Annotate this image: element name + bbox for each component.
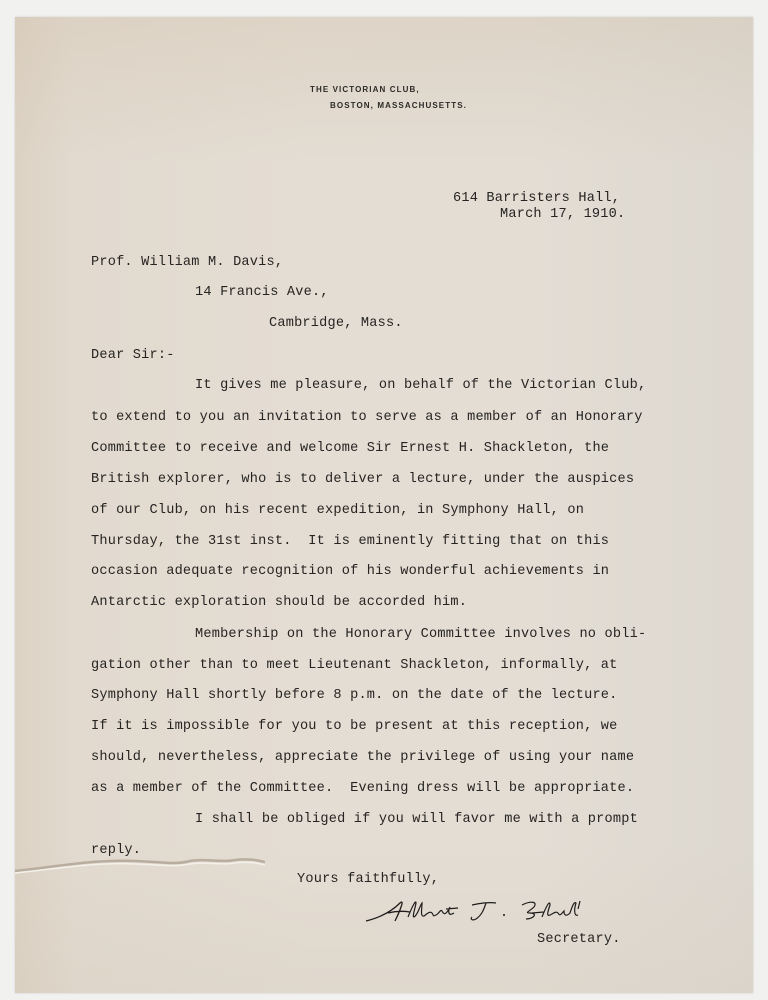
letterhead-city: BOSTON, MASSACHUSETTS. bbox=[330, 101, 467, 110]
letterhead-club-name: THE VICTORIAN CLUB, bbox=[310, 85, 420, 94]
closing: Yours faithfully, bbox=[297, 872, 439, 887]
body-line: Antarctic exploration should be accorded… bbox=[91, 595, 467, 610]
body-line: I shall be obliged if you will favor me … bbox=[195, 812, 638, 827]
body-line: British explorer, who is to deliver a le… bbox=[91, 472, 634, 487]
signer-title: Secretary. bbox=[537, 932, 621, 947]
body-line: gation other than to meet Lieutenant Sha… bbox=[91, 658, 618, 673]
body-line: to extend to you an invitation to serve … bbox=[91, 410, 643, 425]
body-line: as a member of the Committee. Evening dr… bbox=[91, 781, 634, 796]
body-line: should, nevertheless, appreciate the pri… bbox=[91, 750, 634, 765]
body-line: reply. bbox=[91, 843, 141, 858]
sender-address: 614 Barristers Hall, bbox=[453, 191, 620, 206]
recipient-name: Prof. William M. Davis, bbox=[91, 255, 283, 270]
salutation: Dear Sir:- bbox=[91, 348, 175, 363]
body-line: It gives me pleasure, on behalf of the V… bbox=[195, 378, 646, 393]
body-line: of our Club, on his recent expedition, i… bbox=[91, 503, 584, 518]
paper-crease bbox=[15, 855, 265, 875]
body-line: If it is impossible for you to be presen… bbox=[91, 719, 618, 734]
body-line: Symphony Hall shortly before 8 p.m. on t… bbox=[91, 688, 618, 703]
letter-date: March 17, 1910. bbox=[500, 207, 625, 222]
recipient-city: Cambridge, Mass. bbox=[269, 316, 403, 331]
body-line: Thursday, the 31st inst. It is eminently… bbox=[91, 534, 609, 549]
body-line: occasion adequate recognition of his won… bbox=[91, 564, 609, 579]
body-line: Committee to receive and welcome Sir Ern… bbox=[91, 441, 609, 456]
recipient-street: 14 Francis Ave., bbox=[195, 285, 329, 300]
handwritten-signature: Albert T. Hunt, bbox=[362, 893, 602, 929]
body-line: Membership on the Honorary Committee inv… bbox=[195, 627, 646, 642]
